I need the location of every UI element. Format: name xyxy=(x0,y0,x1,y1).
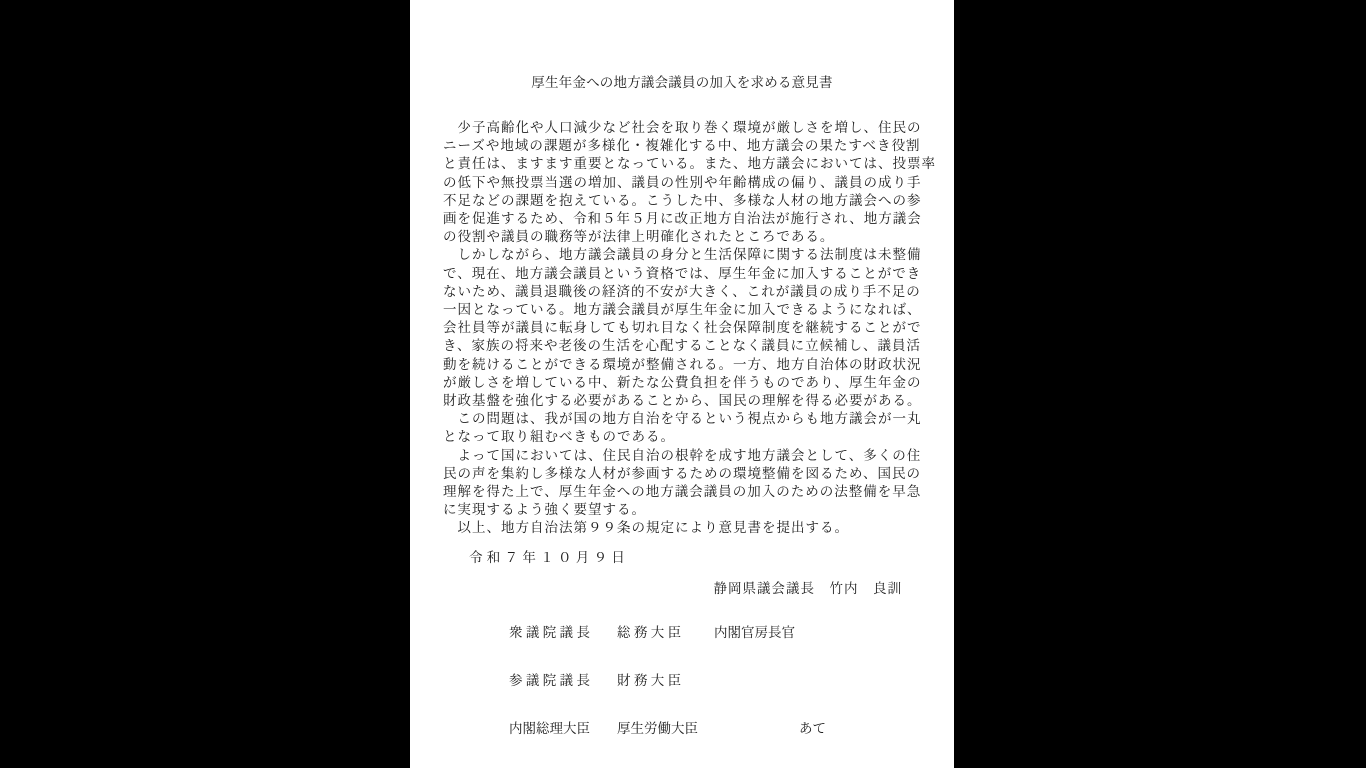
body-line: の役割や議員の職務等が法律上明確化されたところである。 xyxy=(443,228,925,246)
addressee-cell: 総 務 大 臣 xyxy=(617,625,714,641)
body-line: き、家族の将来や老後の生活を心配することなく議員に立候補し、議員活 xyxy=(443,337,925,355)
body-line: が厳しさを増している中、新たな公費負担を伴うものであり、厚生年金の xyxy=(443,374,925,392)
body-line: よって国においては、住民自治の根幹を成す地方議会として、多くの住 xyxy=(443,447,925,465)
body-line: 会社員等が議員に転身しても切れ目なく社会保障制度を継続することがで xyxy=(443,319,925,337)
body-line: ニーズや地域の課題が多様化・複雑化する中、地方議会の果たすべき役割 xyxy=(443,137,925,155)
addressee-cell: 内閣総理大臣 xyxy=(509,721,617,737)
body-line: 民の声を集約し多様な人材が参画するための環境整備を図るため、国民の xyxy=(443,465,925,483)
body-line: しかしながら、地方議会議員の身分と生活保障に関する法制度は未整備 xyxy=(443,246,925,264)
date-line: 令和７年１０月９日 xyxy=(469,549,629,567)
addressee-row: 内閣総理大臣厚生労働大臣あて xyxy=(482,705,826,753)
body-line: 動を続けることができる環境が整備される。一方、地方自治体の財政状況 xyxy=(443,356,925,374)
addressee-row: 参 議 院 議 長財 務 大 臣 xyxy=(482,657,826,705)
body-line: 理解を得た上で、厚生年金への地方議会議員の加入のための法整備を早急 xyxy=(443,483,925,501)
addressee-cell: あて xyxy=(799,721,826,737)
body-line: で、現在、地方議会議員という資格では、厚生年金に加入することができ xyxy=(443,265,925,283)
body-line: に実現するよう強く要望する。 xyxy=(443,501,925,519)
body-line: となって取り組むべきものである。 xyxy=(443,428,925,446)
addressee-cell: 厚生労働大臣 xyxy=(617,721,714,737)
body-line: 一因となっている。地方議会議員が厚生年金に加入できるようになれば、 xyxy=(443,301,925,319)
body-line: 不足などの課題を抱えている。こうした中、多様な人材の地方議会への参 xyxy=(443,192,925,210)
body-line: 少子高齢化や人口減少など社会を取り巻く環境が厳しさを増し、住民の xyxy=(443,119,925,137)
addressee-cell: 参 議 院 議 長 xyxy=(509,673,617,689)
document-title: 厚生年金への地方議会議員の加入を求める意見書 xyxy=(410,74,954,92)
body-line: 画を促進するため、令和５年５月に改正地方自治法が施行され、地方議会 xyxy=(443,210,925,228)
addressee-cell: 内閣官房長官 xyxy=(714,625,799,641)
body-line: ないため、議員退職後の経済的不安が大きく、これが議員の成り手不足の xyxy=(443,283,925,301)
addressee-block: 衆 議 院 議 長総 務 大 臣内閣官房長官 参 議 院 議 長財 務 大 臣 … xyxy=(482,609,826,753)
addressee-cell: 財 務 大 臣 xyxy=(617,673,714,689)
addressee-row: 衆 議 院 議 長総 務 大 臣内閣官房長官 xyxy=(482,609,826,657)
body-line: この問題は、我が国の地方自治を守るという視点からも地方議会が一丸 xyxy=(443,410,925,428)
document-page: 厚生年金への地方議会議員の加入を求める意見書 少子高齢化や人口減少など社会を取り… xyxy=(410,0,954,768)
document-body: 少子高齢化や人口減少など社会を取り巻く環境が厳しさを増し、住民の ニーズや地域の… xyxy=(443,119,925,538)
signature-line: 静岡県議会議長 竹内 良訓 xyxy=(714,580,903,598)
addressee-cell: 衆 議 院 議 長 xyxy=(509,625,617,641)
body-line: 以上、地方自治法第９９条の規定により意見書を提出する。 xyxy=(443,519,925,537)
body-line: の低下や無投票当選の増加、議員の性別や年齢構成の偏り、議員の成り手 xyxy=(443,174,925,192)
body-line: と責任は、ますます重要となっている。また、地方議会においては、投票率 xyxy=(443,155,925,173)
body-line: 財政基盤を強化する必要があることから、国民の理解を得る必要がある。 xyxy=(443,392,925,410)
document-viewer: 厚生年金への地方議会議員の加入を求める意見書 少子高齢化や人口減少など社会を取り… xyxy=(0,0,1366,768)
